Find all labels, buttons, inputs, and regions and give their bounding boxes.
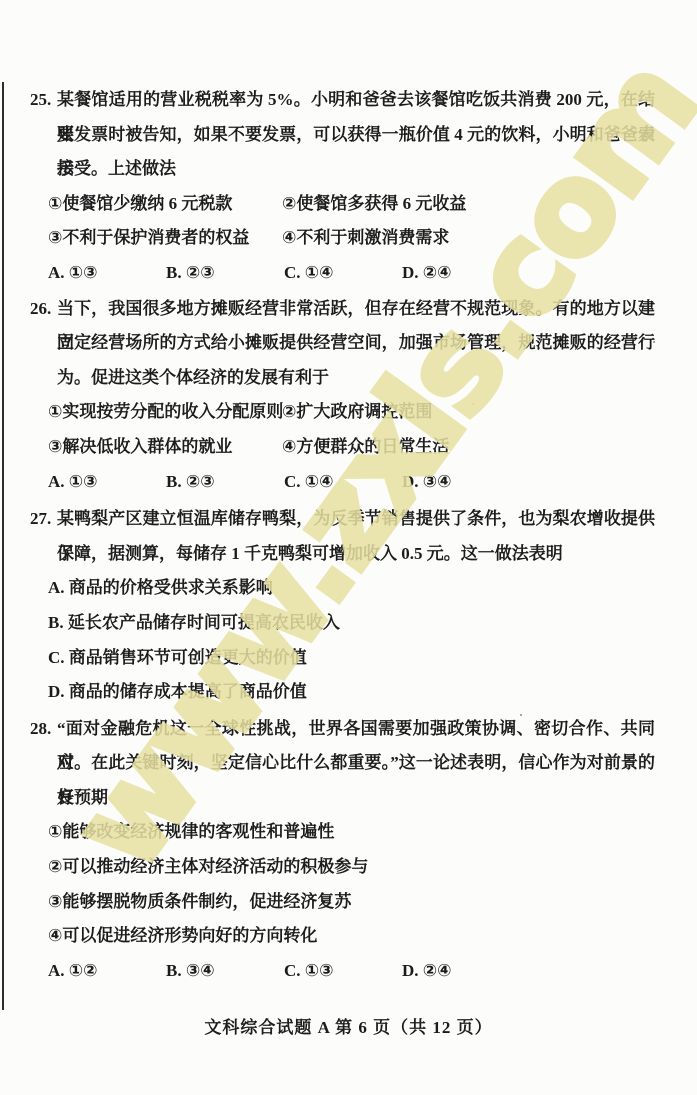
question-block-27: 27. 某鸭梨产区建立恒温库储存鸭梨，为反季节销售提供了条件，也为梨农增收提供了… <box>0 502 697 710</box>
option-item: ④可以促进经济形势向好的方向转化 <box>48 919 655 954</box>
stem-line: 某鸭梨产区建立恒温库储存鸭梨，为反季节销售提供了条件，也为梨农增收提供了 <box>57 502 655 537</box>
stem-line: 保障，据测算，每储存 1 千克鸭梨可增加收入 0.5 元。这一做法表明 <box>57 537 655 572</box>
option-item: B. 延长农产品储存时间可提高农民收入 <box>48 606 655 641</box>
choice-item: A. ①② <box>48 954 166 989</box>
option-item: D. 商品的储存成本提高了商品价值 <box>48 675 655 710</box>
option-item: C. 商品销售环节可创造更大的价值 <box>48 641 655 676</box>
choice-row: A. ①③ B. ②③ C. ①④ D. ③④ <box>48 465 655 500</box>
stem-line: 对。在此关键时刻，坚定信心比什么都重要。”这一论述表明，信心作为对前景的良 <box>57 746 655 781</box>
choice-item: B. ②③ <box>166 465 284 500</box>
stem-line: 当下，我国很多地方摊贩经营非常活跃，但存在经营不规范现象。有的地方以建立 <box>57 292 655 327</box>
stem-line: 要发票时被告知，如果不要发票，可以获得一瓶价值 4 元的饮料，小明和爸爸表示 <box>57 118 655 153</box>
scanned-exam-page: 25. 某餐馆适用的营业税税率为 5%。小明和爸爸去该餐馆吃饭共消费 200 元… <box>0 0 697 1095</box>
option-item: ①能够改变经济规律的客观性和普遍性 <box>48 815 655 850</box>
choice-item: B. ②③ <box>166 256 284 291</box>
option-row: ①使餐馆少缴纳 6 元税款 ②使餐馆多获得 6 元收益 <box>48 187 655 222</box>
option-item: ③解决低收入群体的就业 <box>48 430 282 465</box>
option-item: ②使餐馆多获得 6 元收益 <box>282 187 466 222</box>
stem-line: 某餐馆适用的营业税税率为 5%。小明和爸爸去该餐馆吃饭共消费 200 元，在结账… <box>57 83 655 118</box>
option-item: ③能够摆脱物质条件制约，促进经济复苏 <box>48 885 655 920</box>
option-item: A. 商品的价格受供求关系影响 <box>48 571 655 606</box>
option-row: ③解决低收入群体的就业 ④方便群众的日常生活 <box>48 430 655 465</box>
page-footer: 文科综合试题 A 第 6 页（共 12 页） <box>0 1013 697 1043</box>
question-number: 27. <box>30 502 51 537</box>
question-number: 25. <box>30 83 51 118</box>
choice-item: A. ①③ <box>48 256 166 291</box>
question-block-28: 28. “面对金融危机这一全球性挑战，世界各国需要加强政策协调、密切合作、共同应… <box>0 712 697 989</box>
stem-line: 接受。上述做法 <box>57 152 655 187</box>
choice-row: A. ①② B. ③④ C. ①③ D. ②④ <box>48 954 655 989</box>
option-row: ③不利于保护消费者的权益 ④不利于刺激消费需求 <box>48 221 655 256</box>
option-item: ①实现按劳分配的收入分配原则 <box>48 395 282 430</box>
page-content: 25. 某餐馆适用的营业税税率为 5%。小明和爸爸去该餐馆吃饭共消费 200 元… <box>0 0 697 988</box>
option-item: ②扩大政府调控范围 <box>282 395 432 430</box>
choice-item: B. ③④ <box>166 954 284 989</box>
option-row: ①实现按劳分配的收入分配原则 ②扩大政府调控范围 <box>48 395 655 430</box>
choice-item: D. ③④ <box>402 465 452 500</box>
question-stem: 某餐馆适用的营业税税率为 5%。小明和爸爸去该餐馆吃饭共消费 200 元，在结账… <box>57 83 655 187</box>
option-item: ①使餐馆少缴纳 6 元税款 <box>48 187 282 222</box>
question-stem: “面对金融危机这一全球性挑战，世界各国需要加强政策协调、密切合作、共同应 对。在… <box>57 712 655 816</box>
stem-line: 固定经营场所的方式给小摊贩提供经营空间，加强市场管理，规范摊贩的经营行 <box>57 326 655 361</box>
choice-item: C. ①④ <box>284 465 402 500</box>
choice-item: A. ①③ <box>48 465 166 500</box>
stem-line: “面对金融危机这一全球性挑战，世界各国需要加强政策协调、密切合作、共同应 <box>57 712 655 747</box>
question-stem: 某鸭梨产区建立恒温库储存鸭梨，为反季节销售提供了条件，也为梨农增收提供了 保障，… <box>57 502 655 571</box>
question-number: 28. <box>30 712 51 747</box>
stem-line: 为。促进这类个体经济的发展有利于 <box>57 361 655 396</box>
stem-line: 好预期 <box>57 781 655 816</box>
choice-item: D. ②④ <box>402 256 452 291</box>
option-item: ③不利于保护消费者的权益 <box>48 221 282 256</box>
option-item: ②可以推动经济主体对经济活动的积极参与 <box>48 850 655 885</box>
question-block-26: 26. 当下，我国很多地方摊贩经营非常活跃，但存在经营不规范现象。有的地方以建立… <box>0 292 697 500</box>
option-item: ④方便群众的日常生活 <box>282 430 449 465</box>
choice-item: D. ②④ <box>402 954 452 989</box>
choice-row: A. ①③ B. ②③ C. ①④ D. ②④ <box>48 256 655 291</box>
question-stem: 当下，我国很多地方摊贩经营非常活跃，但存在经营不规范现象。有的地方以建立 固定经… <box>57 292 655 396</box>
choice-item: C. ①③ <box>284 954 402 989</box>
option-item: ④不利于刺激消费需求 <box>282 221 449 256</box>
question-block-25: 25. 某餐馆适用的营业税税率为 5%。小明和爸爸去该餐馆吃饭共消费 200 元… <box>0 83 697 291</box>
choice-item: C. ①④ <box>284 256 402 291</box>
question-number: 26. <box>30 292 51 327</box>
